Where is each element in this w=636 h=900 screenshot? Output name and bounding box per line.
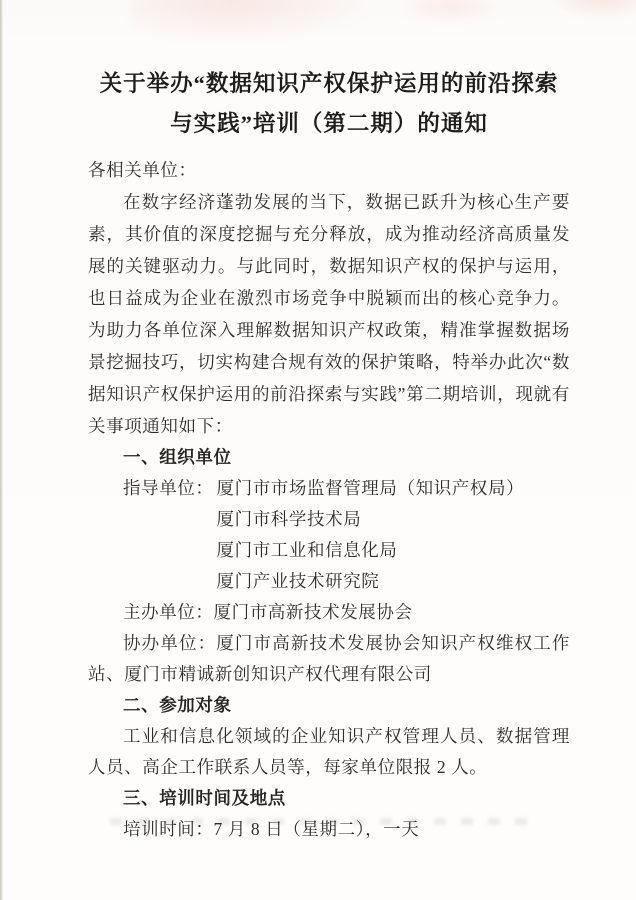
section-2-heading: 二、参加对象 — [88, 690, 570, 721]
scan-edge-line — [0, 0, 3, 900]
org-values-guidance: 厦门市市场监督管理局（知识产权局） 厦门市科学技术局 厦门市工业和信息化局 厦门… — [217, 473, 525, 597]
salutation: 各相关单位： — [88, 154, 570, 186]
training-time-line: 培训时间：7 月 8 日（星期二），一天 — [88, 814, 570, 845]
document-content: 关于举办“数据知识产权保护运用的前沿探索 与实践”培训（第二期）的通知 各相关单… — [88, 64, 570, 845]
org-row-host-unit: 主办单位：厦门市高新技术发展协会 — [88, 597, 570, 628]
section-1-heading: 一、组织单位 — [88, 442, 570, 473]
scanned-notice-page: 关于举办“数据知识产权保护运用的前沿探索 与实践”培训（第二期）的通知 各相关单… — [0, 0, 636, 900]
notice-title-line-2: 与实践”培训（第二期）的通知 — [88, 104, 570, 144]
org-value: 厦门产业技术研究院 — [217, 566, 525, 597]
notice-title-line-1: 关于举办“数据知识产权保护运用的前沿探索 — [88, 64, 570, 104]
intro-paragraph: 在数字经济蓬勃发展的当下，数据已跃升为核心生产要素，其价值的深度挖掘与充分释放，… — [88, 186, 570, 442]
participants-paragraph: 工业和信息化领域的企业知识产权管理人员、数据管理人员、高企工作联系人员等，每家单… — [88, 721, 570, 783]
notice-title: 关于举办“数据知识产权保护运用的前沿探索 与实践”培训（第二期）的通知 — [88, 64, 570, 144]
section-3-heading: 三、培训时间及地点 — [88, 783, 570, 814]
scan-smudge — [130, 0, 380, 44]
org-label-co-organizer: 协办单位： — [123, 633, 216, 653]
scan-smudge — [548, 0, 636, 18]
org-value: 厦门市科学技术局 — [217, 504, 525, 535]
org-row-co-organizer: 协办单位：厦门市高新技术发展协会知识产权维权工作站、厦门市精诚新创知识产权代理有… — [88, 628, 570, 690]
org-value: 厦门市高新技术发展协会 — [214, 602, 413, 622]
scan-smudge — [395, 0, 505, 24]
org-label-guidance: 指导单位： — [123, 473, 214, 504]
org-row-guidance-units: 指导单位： 厦门市市场监督管理局（知识产权局） 厦门市科学技术局 厦门市工业和信… — [88, 473, 570, 597]
org-label-host: 主办单位： — [123, 602, 214, 622]
org-value: 厦门市市场监督管理局（知识产权局） — [217, 473, 525, 504]
org-value: 厦门市工业和信息化局 — [217, 535, 525, 566]
